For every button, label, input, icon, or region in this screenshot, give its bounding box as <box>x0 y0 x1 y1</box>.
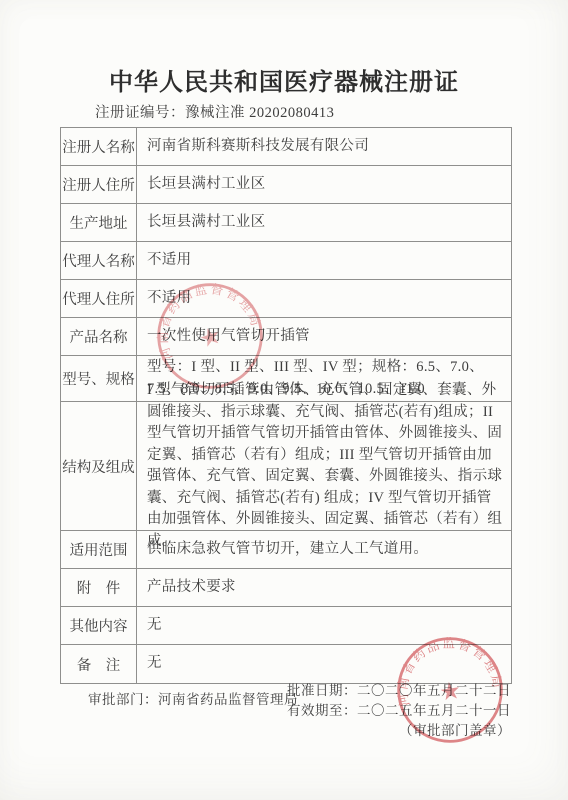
table-row: 结构及组成 I 型气管切开插管由管体、充气管、固定翼、套囊、外圆锥接头、指示球囊… <box>61 402 511 531</box>
table-row: 其他内容 无 <box>61 607 511 645</box>
row-value: 不适用 <box>137 280 511 317</box>
approval-date-label: 批准日期： <box>287 683 357 698</box>
table-row: 注册人住所 长垣县满村工业区 <box>61 166 511 204</box>
approval-department-label: 审批部门： <box>88 692 158 707</box>
row-value: 不适用 <box>137 242 511 279</box>
approval-dates-block: 批准日期：二〇二〇年五月二十二日 有效期至：二〇二五年五月二十一日 （审批部门盖… <box>287 681 511 741</box>
registration-number-value: 豫械注准 20202080413 <box>185 105 334 121</box>
table-row: 注册人名称 河南省斯科赛斯科技发展有限公司 <box>61 128 511 166</box>
table-row: 代理人住所 不适用 <box>61 280 511 318</box>
row-label: 备 注 <box>61 645 137 683</box>
row-value: 产品技术要求 <box>137 569 511 606</box>
seal-note: （审批部门盖章） <box>287 721 511 741</box>
row-label: 产品名称 <box>61 318 137 355</box>
row-value: 长垣县满村工业区 <box>137 204 511 241</box>
row-label: 适用范围 <box>61 531 137 568</box>
valid-until-value: 二〇二五年五月二十一日 <box>357 703 511 718</box>
row-label: 代理人名称 <box>61 242 137 279</box>
row-label: 注册人住所 <box>61 166 137 203</box>
valid-until-label: 有效期至： <box>287 703 357 718</box>
row-value: 无 <box>137 645 511 683</box>
table-row: 生产地址 长垣县满村工业区 <box>61 204 511 242</box>
registration-number-label: 注册证编号： <box>95 105 185 121</box>
row-label: 生产地址 <box>61 204 137 241</box>
row-label: 结构及组成 <box>61 402 137 530</box>
row-value: 长垣县满村工业区 <box>137 166 511 203</box>
row-label: 型号、规格 <box>61 356 137 401</box>
table-row: 附 件 产品技术要求 <box>61 569 511 607</box>
row-label: 注册人名称 <box>61 128 137 165</box>
row-value: 一次性使用气管切开插管 <box>137 318 511 355</box>
row-value: 河南省斯科赛斯科技发展有限公司 <box>137 128 511 165</box>
table-row: 产品名称 一次性使用气管切开插管 <box>61 318 511 356</box>
approval-date-line: 批准日期：二〇二〇年五月二十二日 <box>287 681 511 701</box>
row-value: 无 <box>137 607 511 644</box>
approval-department-line: 审批部门：河南省药品监督管理局 <box>88 688 298 708</box>
certificate-sheet: 中华人民共和国医疗器械注册证 注册证编号：豫械注准 20202080413 注册… <box>0 0 568 800</box>
table-row: 备 注 无 <box>61 645 511 683</box>
table-row: 代理人名称 不适用 <box>61 242 511 280</box>
certificate-title: 中华人民共和国医疗器械注册证 <box>0 62 568 97</box>
valid-until-line: 有效期至：二〇二五年五月二十一日 <box>287 701 511 721</box>
registration-number-line: 注册证编号：豫械注准 20202080413 <box>95 101 334 122</box>
row-label: 代理人住所 <box>61 280 137 317</box>
approval-department-value: 河南省药品监督管理局 <box>158 692 298 707</box>
row-value: I 型气管切开插管由管体、充气管、固定翼、套囊、外圆锥接头、指示球囊、充气阀、插… <box>137 402 511 530</box>
row-value: 供临床急救气管节切开，建立人工气道用。 <box>137 531 511 568</box>
row-label: 附 件 <box>61 569 137 606</box>
certificate-table: 注册人名称 河南省斯科赛斯科技发展有限公司 注册人住所 长垣县满村工业区 生产地… <box>60 127 512 684</box>
approval-date-value: 二〇二〇年五月二十二日 <box>357 683 511 698</box>
row-label: 其他内容 <box>61 607 137 644</box>
table-row: 适用范围 供临床急救气管节切开，建立人工气道用。 <box>61 531 511 569</box>
